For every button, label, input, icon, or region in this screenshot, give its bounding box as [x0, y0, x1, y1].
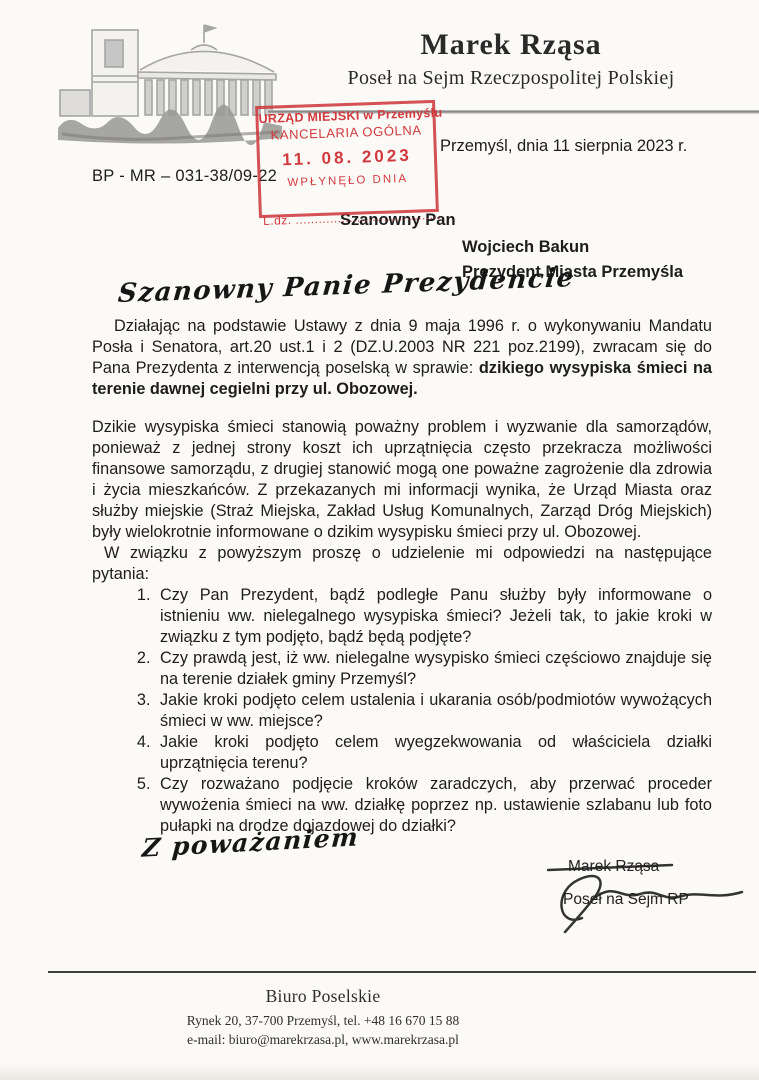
- footer-office-name: Biuro Poselskie: [48, 986, 598, 1007]
- handwritten-greeting: Szanowny Panie Prezydencie: [117, 263, 576, 309]
- letterhead: Marek Rząsa Poseł na Sejm Rzeczpospolite…: [330, 28, 692, 90]
- footer-divider: [48, 971, 756, 973]
- place-and-date: Przemyśl, dnia 11 sierpnia 2023 r.: [440, 137, 687, 156]
- footer-contact: e-mail: biuro@marekrzasa.pl, www.marekrz…: [48, 1032, 598, 1048]
- reference-number: BP - MR – 031-38/09-22: [92, 167, 277, 186]
- question-item-1: Czy Pan Prezydent, bądź podległe Panu sł…: [155, 585, 712, 648]
- question-item-4: Jakie kroki podjęto celem wyegzekwowania…: [155, 732, 712, 774]
- stamp-received-label: WPŁYNĘŁO DNIA: [261, 172, 435, 190]
- question-item-3: Jakie kroki podjęto celem ustalenia i uk…: [155, 690, 712, 732]
- scanned-letter-page: Marek Rząsa Poseł na Sejm Rzeczpospolite…: [0, 0, 759, 1080]
- sejm-building-logo-icon: [58, 16, 286, 154]
- paragraph-problem-description: Dzikie wysypiska śmieci stanowią poważny…: [92, 417, 712, 543]
- registry-stamp: URZĄD MIEJSKI w Przemyślu KANCELARIA OGÓ…: [255, 100, 439, 218]
- sender-title: Poseł na Sejm Rzeczpospolitej Polskiej: [330, 67, 692, 90]
- question-item-2: Czy prawdą jest, iż ww. nielegalne wysyp…: [155, 648, 712, 690]
- stamp-date: 11. 08. 2023: [260, 145, 435, 171]
- question-item-5: Czy rozważano podjęcie kroków zaradczych…: [155, 774, 712, 837]
- sender-name: Marek Rząsa: [330, 28, 692, 62]
- questions-list: Czy Pan Prezydent, bądź podległe Panu sł…: [92, 585, 712, 837]
- paragraph-legal-basis: Działając na podstawie Ustawy z dnia 9 m…: [92, 316, 712, 400]
- footer-address: Rynek 20, 37-700 Przemyśl, tel. +48 16 6…: [48, 1013, 598, 1029]
- footer-office-info: Biuro Poselskie Rynek 20, 37-700 Przemyś…: [48, 986, 598, 1048]
- handwritten-signature-icon: [540, 852, 750, 940]
- letter-body: Działając na podstawie Ustawy z dnia 9 m…: [92, 316, 712, 837]
- questions-intro: W związku z powyższym proszę o udzieleni…: [92, 543, 712, 585]
- addressee-name: Wojciech Bakun: [462, 235, 683, 260]
- sejm-building-sketch-icon: [58, 16, 286, 154]
